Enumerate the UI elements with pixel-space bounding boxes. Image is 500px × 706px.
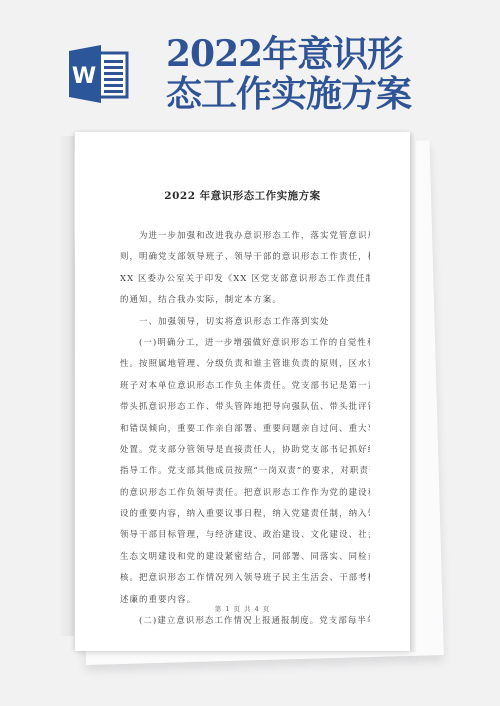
title-line-2: 态工作实施方案 [166,74,411,114]
body-line: 领导干部目标管理，与经济建设、政治建设、文化建设、社会建设、 [120,524,370,545]
body-line: XX 区委办公室关于印发《XX 区党支部意识形态工作责任制实施方案》 [120,268,370,289]
body-line: 则，明确党支部领导班子、领导干部的意识形态工作责任，根据中共 [120,246,370,267]
document-page: 2022 年意识形态工作实施方案 为进一步加强和改进我办意识形态工作，落实党管意… [75,132,410,651]
body-line: (一)明确分工，进一步增强做好意识形态工作的自觉性和主动 [120,332,370,353]
document-title: 2022 年意识形态工作实施方案 [75,188,410,203]
body-line: 的意识形态工作负领导责任。把意识形态工作作为党的建设和政权建 [120,482,370,503]
body-line: (二)建立意识形态工作情况上报通报制度。党支部每半年向上级 [120,610,370,631]
page-stack-left-edge [60,136,74,636]
svg-text:W: W [72,64,96,89]
page-number-footer: 第 1 页 共 4 页 [75,604,410,613]
body-line: 指导工作。党支部其他成员按照“一岗双责”的要求，对职责范围内 [120,460,370,481]
page-stack-right-edge [410,132,416,652]
page-title: 2022年意识形 态工作实施方案 [166,34,411,114]
body-line: 核。把意识形态工作情况列入领导班子民主生活会、干部考核、述职 [120,567,370,588]
body-line: 生态文明建设和党的建设紧密结合，同部署、同落实、同检查、同考 [120,546,370,567]
body-line: 带头抓意识形态工作、带头管阵地把导向强队伍、带头批评错误观点 [120,396,370,417]
body-line: 性。按照属地管理、分级负责和谁主管谁负责的原则，区水资办领导 [120,353,370,374]
body-line: 和错误倾向，重要工作亲自部署、重要问题亲自过问、重大事件亲自 [120,418,370,439]
body-line: 设的重要内容，纳入重要议事日程，纳入党建责任制，纳入领导班子、 [120,503,370,524]
body-line: 处置。党支部分管领导是直接责任人，协助党支部书记抓好统筹协调 [120,439,370,460]
word-doc-icon: W [69,43,133,105]
body-line: 为进一步加强和改进我办意识形态工作，落实党管意识形态原 [120,225,370,246]
header-banner: W 2022年意识形 态工作实施方案 [0,0,500,130]
section-heading: 一、加强领导，切实将意识形态工作落到实处 [120,311,370,332]
body-line: 的通知，结合我办实际，制定本方案。 [120,289,370,310]
document-body: 为进一步加强和改进我办意识形态工作，落实党管意识形态原 则，明确党支部领导班子、… [120,225,370,631]
body-line: 班子对本单位意识形态工作负主体责任。党支部书记是第一责任人， [120,375,370,396]
title-line-1: 2022年意识形 [166,34,411,74]
